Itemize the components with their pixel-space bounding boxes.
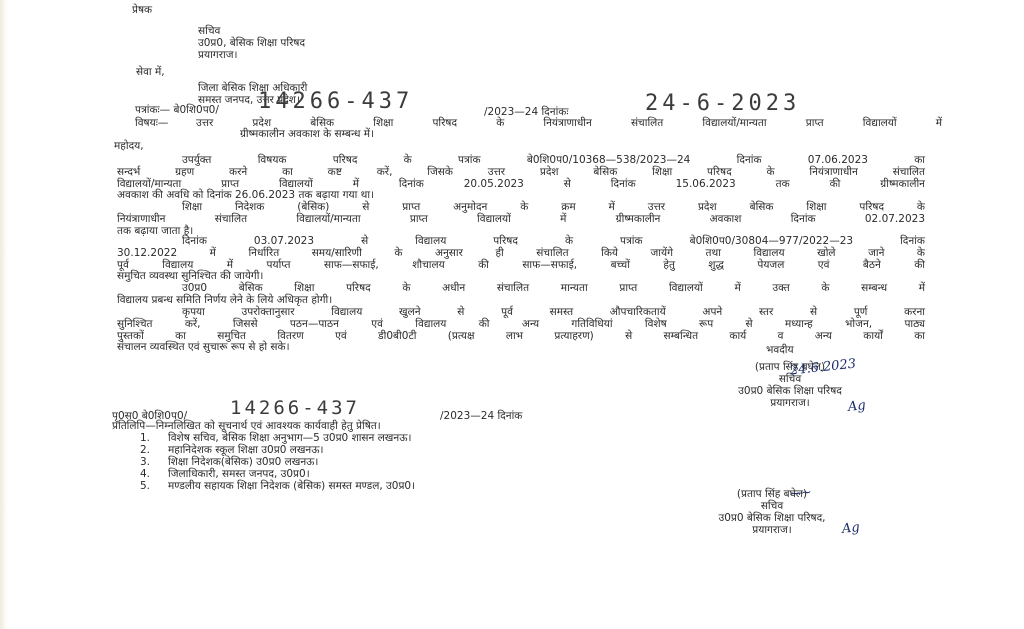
recipient-label: सेवा में, [136,66,165,78]
copy-recipient: 4.जिलाधिकारी, समस्त जनपद, उ0प्र0। [140,468,415,480]
item-number: 4. [140,468,168,480]
paragraph-line: सन्दर्भ ग्रहण करने का कष्ट करें, जिसके उ… [117,167,925,179]
date-handwritten: 24-6-2023 [645,98,800,110]
item-number: 5. [140,480,168,492]
copy-recipient: 3.शिक्षा निदेशक(बेसिक) उ0प्र0 लखनऊ। [140,456,415,468]
paragraph-5: कृपया उपरोक्तानुसार विद्यालय खुलने से पू… [117,307,925,354]
item-text: विशेष सचिव, बेसिक शिक्षा अनुभाग—5 उ0प्र0… [168,432,411,444]
paragraph-3: दिनांक 03.07.2023 से विद्यालय परिषद के प… [117,236,925,283]
item-text: जिलाधिकारी, समस्त जनपद, उ0प्र0। [168,468,310,480]
subject-line-2: ग्रीष्मकालीन अवकाश के सम्बन्ध में। [240,128,374,140]
sender-line-1: सचिव [198,25,220,37]
copy-signatory-title: सचिव [672,500,872,512]
copy-ref-year: /2023—24 दिनांक [440,410,522,422]
sender-line-2: उ0प्र0, बेसिक शिक्षा परिषद [198,37,305,49]
salutation: महोदय, [114,140,144,152]
item-text: शिक्षा निदेशक(बेसिक) उ0प्र0 लखनऊ। [168,456,318,468]
copy-recipient: 5.मण्डलीय सहायक शिक्षा निदेशक (बेसिक) सम… [140,480,415,492]
initials: Ag [847,398,866,415]
paragraph-line: 30.12.2022 में निर्धारित समय/सारिणी के अ… [117,248,925,260]
item-text: मण्डलीय सहायक शिक्षा निदेशक (बेसिक) समस्… [168,480,415,492]
item-text: महानिदेशक स्कूल शिक्षा उ0प्र0 लखनऊ। [168,444,323,456]
paragraph-line: संचालन व्यवस्थित एवं सुचारू रूप से हो सक… [117,342,925,354]
paragraph-2: शिक्षा निदेशक (बेसिक) से प्राप्त अनुमोदन… [117,202,925,237]
copy-initials: Ag [841,520,860,537]
item-number: 3. [140,456,168,468]
copy-ref-number-handwritten: 14266-437 [230,402,360,414]
item-number: 1. [140,432,168,444]
sender-line-3: प्रयागराज। [198,49,237,61]
sender-label: प्रेषक [132,4,152,16]
subject-label: विषयः— [135,117,168,129]
copy-signatory-name: (प्रताप सिंह बघेल) [672,488,872,500]
copy-intro: प्रतिलिपि—निम्नलिखित को सूचनार्थ एवं आवश… [112,420,381,432]
paragraph-1: उपर्युक्त विषयक परिषद के पत्रांक बे0शि0प… [117,155,925,202]
ref-label: पत्रांकः— बे0शि0प0/ [135,104,219,116]
copy-recipient-list: 1.विशेष सचिव, बेसिक शिक्षा अनुभाग—5 उ0प्… [140,432,415,492]
paragraph-4: उ0प्र0 बेसिक शिक्षा परिषद के अधीन संचालि… [117,283,925,307]
ref-number-handwritten: 14266-437 [258,96,413,108]
item-number: 2. [140,444,168,456]
copy-recipient: 2.महानिदेशक स्कूल शिक्षा उ0प्र0 लखनऊ। [140,444,415,456]
scan-edge [0,0,8,629]
paragraph-line: नियंत्राणाधीन संचालित विद्यालयों/मान्यता… [117,214,925,226]
closing: भवदीय [766,344,794,356]
signatory-office: उ0प्र0 बेसिक शिक्षा परिषद [690,385,890,397]
copy-recipient: 1.विशेष सचिव, बेसिक शिक्षा अनुभाग—5 उ0प्… [140,432,415,444]
paragraph-line: विद्यालय प्रबन्ध समिति निर्णय लेने के लि… [117,295,925,307]
copy-signature-scribble: ~~ [789,485,812,502]
paragraph-line: सुनिश्चित करें, जिससे पठन—पाठन एवं विद्य… [117,319,925,331]
